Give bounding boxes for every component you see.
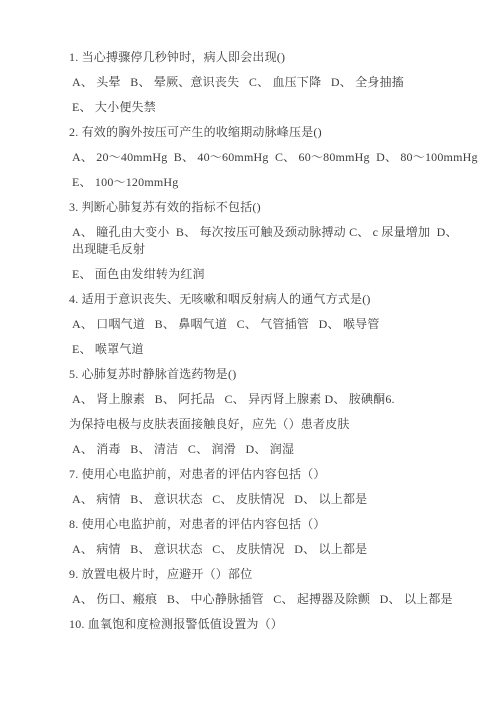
question-1-stem: 1. 当心搏骤停几秒钟时，病人即会出现()	[69, 49, 481, 66]
question-5-options-a-d: A、 肾上腺素 B、 阿托品 C、 异丙肾上腺素 D、 胺碘酮6.	[69, 391, 481, 408]
question-4-stem: 4. 适用于意识丧失、无咳嗽和咽反射病人的通气方式是()	[69, 291, 481, 308]
question-5-stem: 5. 心肺复苏时静脉首选药物是()	[69, 366, 481, 383]
question-6-stem: 为保持电极与皮肤表面接触良好，应先（）患者皮肤	[69, 416, 481, 433]
question-1-options-a-d: A、 头晕 B、 晕厥、意识丧失 C、 血压下降 D、 全身抽搐	[69, 74, 481, 91]
question-2-stem: 2. 有效的胸外按压可产生的收缩期动脉峰压是()	[69, 124, 481, 141]
question-8-stem: 8. 使用心电监护前，对患者的评估内容包括（）	[69, 516, 481, 533]
question-4-option-e: E、 喉罩气道	[69, 341, 481, 358]
question-4-options-a-d: A、 口咽气道 B、 鼻咽气道 C、 气管插管 D、 喉导管	[69, 316, 481, 333]
question-10-stem: 10. 血氧饱和度检测报警低值设置为（）	[69, 616, 481, 633]
question-7-options-a-d: A、 病情 B、 意识状态 C、 皮肤情况 D、 以上都是	[69, 491, 481, 508]
question-9-options-a-d: A、 伤口、瘢痕 B、 中心静脉插管 C、 起搏器及除颤 D、 以上都是	[69, 591, 481, 608]
question-3-options-a-d: A、 瞳孔由大变小 B、 每次按压可触及颈动脉搏动 C、 c 尿量增加 D、 出…	[69, 224, 481, 258]
question-2-option-e: E、 100～120mmHg	[69, 174, 481, 191]
question-8-options-a-d: A、 病情 B、 意识状态 C、 皮肤情况 D、 以上都是	[69, 541, 481, 558]
quiz-document: 1. 当心搏骤停几秒钟时，病人即会出现() A、 头晕 B、 晕厥、意识丧失 C…	[69, 49, 481, 641]
question-1-option-e: E、 大小便失禁	[69, 99, 481, 116]
question-7-stem: 7. 使用心电监护前，对患者的评估内容包括（）	[69, 466, 481, 483]
question-3-stem: 3. 判断心肺复苏有效的指标不包括()	[69, 199, 481, 216]
question-2-options-a-d: A、 20～40mmHg B、 40～60mmHg C、 60～80mmHg D…	[69, 149, 481, 166]
question-9-stem: 9. 放置电极片时，应避开（）部位	[69, 566, 481, 583]
question-6-options-a-d: A、 消毒 B、 清洁 C、 润滑 D、 润湿	[69, 441, 481, 458]
question-3-option-e: E、 面色由发绀转为红润	[69, 266, 481, 283]
